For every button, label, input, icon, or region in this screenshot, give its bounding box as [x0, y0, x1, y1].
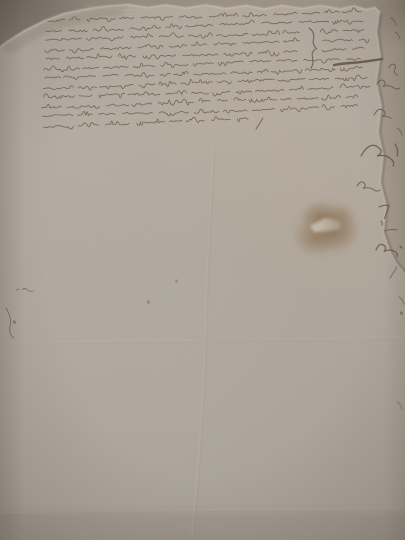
handwriting-layer — [0, 0, 405, 540]
manuscript-photo — [0, 0, 405, 540]
